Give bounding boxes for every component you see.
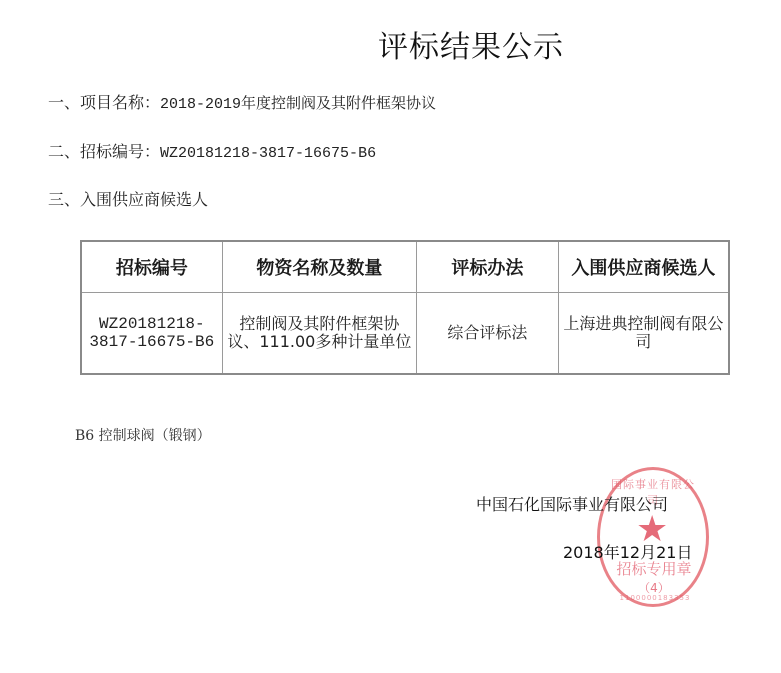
table-header-row: 招标编号 物资名称及数量 评标办法 入围供应商候选人 bbox=[81, 241, 729, 293]
cell-material: 控制阀及其附件框架协议、111.00多种计量单位 bbox=[222, 293, 416, 375]
cell-tender-number: WZ20181218-3817-16675-B6 bbox=[81, 293, 222, 375]
header-supplier: 入围供应商候选人 bbox=[558, 241, 729, 293]
cell-supplier: 上海进典控制阀有限公司 bbox=[558, 293, 729, 375]
cell-method: 综合评标法 bbox=[417, 293, 559, 375]
header-tender-number: 招标编号 bbox=[81, 241, 222, 293]
lot-note: B6 控制球阀（锻钢） bbox=[75, 425, 211, 445]
table-row: WZ20181218-3817-16675-B6 控制阀及其附件框架协议、111… bbox=[81, 293, 729, 375]
section-prefix: 二、 bbox=[48, 142, 80, 161]
results-table: 招标编号 物资名称及数量 评标办法 入围供应商候选人 WZ20181218-38… bbox=[80, 240, 730, 375]
header-method: 评标办法 bbox=[417, 241, 559, 293]
section-candidates: 三、入围供应商候选人 bbox=[48, 187, 208, 210]
section-prefix: 三、 bbox=[48, 190, 80, 209]
section-project-name: 一、项目名称：2018-2019年度控制阀及其附件框架协议 bbox=[48, 90, 436, 113]
page-title: 评标结果公示 bbox=[378, 22, 564, 66]
tender-number-value: WZ20181218-3817-16675-B6 bbox=[160, 145, 376, 162]
signature-date: 2018年12月21日 bbox=[563, 540, 692, 563]
section-label: 项目名称： bbox=[80, 93, 160, 112]
official-seal: 国际事业有限公司 ★ 招标专用章 （4） 1100000183353 bbox=[597, 467, 709, 607]
section-label: 入围供应商候选人 bbox=[80, 190, 208, 209]
header-material: 物资名称及数量 bbox=[222, 241, 416, 293]
section-tender-number: 二、招标编号：WZ20181218-3817-16675-B6 bbox=[48, 139, 376, 162]
signature-company: 中国石化国际事业有限公司 bbox=[476, 492, 668, 515]
section-prefix: 一、 bbox=[48, 93, 80, 112]
seal-serial: 1100000183353 bbox=[610, 594, 700, 602]
section-label: 招标编号： bbox=[80, 142, 160, 161]
project-name-value: 2018-2019年度控制阀及其附件框架协议 bbox=[160, 96, 436, 113]
